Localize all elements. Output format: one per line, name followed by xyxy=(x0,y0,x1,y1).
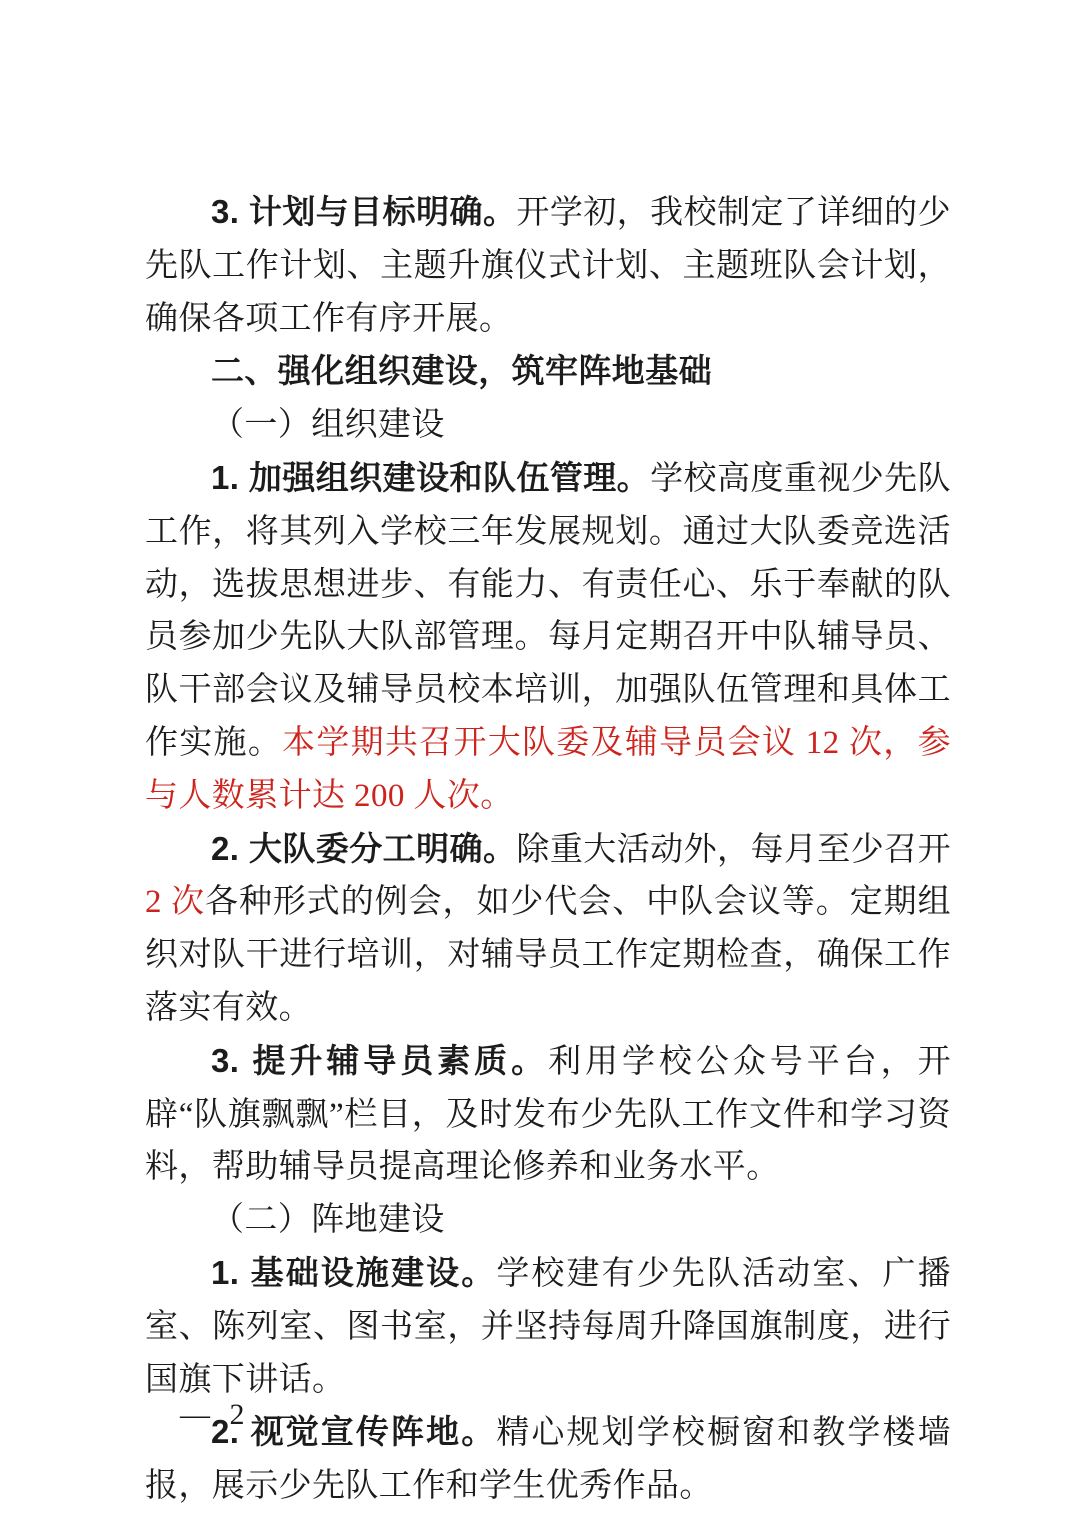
paragraph: 2. 大队委分工明确。除重大活动外，每月至少召开 2 次各种形式的例会，如少代会… xyxy=(145,823,951,1035)
paragraph: 3. 提升辅导员素质。利用学校公众号平台，开辟“队旗飘飘”栏目，及时发布少先队工… xyxy=(145,1035,951,1194)
text-run-bold: 3. 计划与目标明确。 xyxy=(211,193,516,230)
page-number: — 2 — xyxy=(180,1398,300,1432)
section-heading2: 二、强化组织建设，筑牢阵地基础 xyxy=(145,345,951,399)
text-run-bold: 1. 基础设施建设。 xyxy=(211,1254,496,1291)
section-heading3: （一）组织建设 xyxy=(145,399,951,452)
text-run-bold: 二、强化组织建设，筑牢阵地基础 xyxy=(211,352,712,389)
text-run-red: 2 次 xyxy=(145,884,205,920)
document-body: 3. 计划与目标明确。开学初，我校制定了详细的少先队工作计划、主题升旗仪式计划、… xyxy=(145,186,951,1513)
paragraph: 1. 加强组织建设和队伍管理。学校高度重视少先队工作，将其列入学校三年发展规划。… xyxy=(145,452,951,823)
paragraph: 1. 基础设施建设。学校建有少先队活动室、广播室、陈列室、图书室，并坚持每周升降… xyxy=(145,1247,951,1406)
text-run-normal: 除重大活动外，每月至少召开 xyxy=(516,832,951,868)
text-run-normal: 各种形式的例会，如少代会、中队会议等。定期组织对队干进行培训，对辅导员工作定期检… xyxy=(145,884,951,1026)
text-run-kaiti: （一）组织建设 xyxy=(211,407,445,443)
text-run-bold: 1. 加强组织建设和队伍管理。 xyxy=(211,459,650,496)
document-page: 3. 计划与目标明确。开学初，我校制定了详细的少先队工作计划、主题升旗仪式计划、… xyxy=(0,0,1080,1527)
section-heading3: （二）阵地建设 xyxy=(145,1194,951,1247)
paragraph: 3. 计划与目标明确。开学初，我校制定了详细的少先队工作计划、主题升旗仪式计划、… xyxy=(145,186,951,345)
text-run-bold: 2. 大队委分工明确。 xyxy=(211,830,516,867)
text-run-bold: 3. 提升辅导员素质。 xyxy=(211,1042,548,1079)
text-run-kaiti: （二）阵地建设 xyxy=(211,1202,445,1238)
text-run-normal: 学校高度重视少先队工作，将其列入学校三年发展规划。通过大队委竞选活动，选拔思想进… xyxy=(145,461,951,761)
